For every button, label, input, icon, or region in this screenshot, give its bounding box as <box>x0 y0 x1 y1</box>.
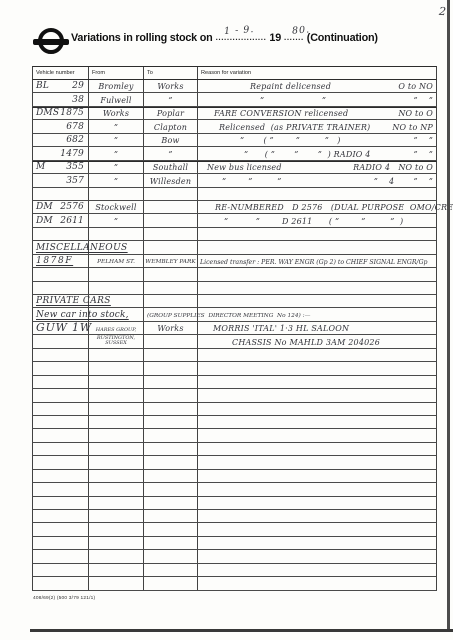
to-cell <box>144 362 198 374</box>
from-cell: ” <box>89 134 144 146</box>
table-row <box>32 510 437 523</box>
to-cell: Southall <box>144 162 198 173</box>
vehicle-number-cell <box>33 470 89 482</box>
reason-cell <box>198 483 436 495</box>
to-location: Clapton <box>154 124 187 132</box>
table-row: DMS 1875 Works Poplar FARE CONVERSION re… <box>32 107 437 120</box>
scan-edge-bottom <box>30 629 453 632</box>
to-location: Southall <box>153 164 188 172</box>
from-location: HARES GROUP, <box>96 328 136 334</box>
from-cell <box>89 456 144 468</box>
table-row <box>32 188 437 201</box>
reason-cell <box>198 537 436 549</box>
reason-cell <box>198 376 436 388</box>
london-transport-roundel-logo <box>33 28 69 55</box>
vehicle-prefix: BL <box>36 82 49 91</box>
to-cell: (GROUP SUPPLIES DIRECTOR MEETING No 124)… <box>144 308 198 320</box>
from-cell: PELHAM ST. <box>89 255 144 267</box>
vehicle-number-cell: DM 2576 <box>33 201 89 213</box>
to-cell <box>144 470 198 482</box>
reason-text: FARE CONVERSION relicensed <box>198 110 348 118</box>
vehicle-number-cell <box>33 483 89 495</box>
vehicle-number-cell: GUW 1W <box>33 322 89 334</box>
reason-cell <box>198 282 436 294</box>
to-cell: ” <box>144 93 198 105</box>
form-title: Variations in rolling stock on .........… <box>71 32 378 44</box>
from-location: Works <box>103 110 129 118</box>
vehicle-number-cell: MISCELLANEOUS <box>33 241 89 253</box>
vehicle-prefix: PRIVATE CARS <box>36 297 111 306</box>
reason-cell <box>198 349 436 361</box>
table-row <box>32 470 437 483</box>
licence-code-change: O to NO <box>398 83 433 91</box>
handwritten-page-number: 2 <box>439 5 447 18</box>
to-location: ” <box>168 151 172 159</box>
vehicle-number-cell: 38 <box>33 93 89 105</box>
table-row: New car into stock, (GROUP SUPPLIES DIRE… <box>32 308 437 321</box>
reason-cell: ” ( ” ” ” ) ” ” <box>198 134 436 146</box>
table-row <box>32 429 437 442</box>
column-header-from: From <box>89 67 144 79</box>
reason-cell <box>198 497 436 509</box>
licence-code-change: ” ” <box>413 137 433 145</box>
from-cell <box>89 403 144 415</box>
table-row: MISCELLANEOUS <box>32 241 437 254</box>
from-location: PELHAM ST. <box>97 260 135 266</box>
reason-cell <box>198 416 436 428</box>
reason-cell <box>198 308 436 320</box>
table-body: BL 29 Bromley Works Repaint delicensed O… <box>32 80 437 591</box>
reason-text: Licensed transfer : PER. WAY ENGR (Gp 2)… <box>198 260 428 266</box>
reason-text: RE-NUMBERED D 2576 (DUAL PURPOSE OMO/CRE… <box>198 204 453 212</box>
reason-text: New bus licensed <box>198 164 282 172</box>
from-cell <box>89 376 144 388</box>
scan-edge-right <box>447 0 450 632</box>
vehicle-prefix: 1878F <box>36 257 73 266</box>
vehicle-number-cell <box>33 429 89 441</box>
to-cell <box>144 510 198 522</box>
table-row: 682 ” Bow ” ( ” ” ” ) ” ” <box>32 134 437 147</box>
vehicle-number: 38 <box>72 96 84 105</box>
table-row: DM 2611 ” ” ” D 2611 ( ” ” ” ) <box>32 214 437 227</box>
reason-cell <box>198 429 436 441</box>
to-location: Works <box>157 325 183 333</box>
to-cell: Willesden <box>144 174 198 186</box>
from-cell: ” <box>89 120 144 132</box>
reason-cell: New bus licensed RADIO 4 NO to O <box>198 162 436 173</box>
vehicle-number-cell <box>33 403 89 415</box>
to-cell: Bow <box>144 134 198 146</box>
from-location: ” <box>114 178 118 186</box>
table-row: RUSTINGTON, SUSSEX CHASSIS No MAHLD 3AM … <box>32 335 437 348</box>
vehicle-number-cell: M 355 <box>33 162 89 173</box>
to-location: Bow <box>161 137 179 145</box>
vehicle-number: 1875 <box>60 109 84 118</box>
table-row <box>32 416 437 429</box>
from-location: ” <box>114 137 118 145</box>
vehicle-number-cell <box>33 564 89 576</box>
vehicle-number-cell: DM 2611 <box>33 214 89 226</box>
from-cell <box>89 510 144 522</box>
table-row <box>32 389 437 402</box>
reason-text: ” ( ” ” ” ) <box>198 137 341 145</box>
vehicle-number: 357 <box>66 177 84 186</box>
vehicle-number-cell <box>33 282 89 294</box>
to-cell <box>144 429 198 441</box>
from-cell: Works <box>89 108 144 119</box>
from-cell <box>89 483 144 495</box>
table-row: DM 2576 Stockwell RE-NUMBERED D 2576 (DU… <box>32 201 437 214</box>
vehicle-prefix: DM <box>36 217 53 226</box>
year-printed-prefix: 19 <box>269 32 281 44</box>
from-location: Stockwell <box>95 204 136 212</box>
vehicle-number-cell <box>33 456 89 468</box>
table-row: M 355 ” Southall New bus licensed RADIO … <box>32 161 437 174</box>
reason-cell: Licensed transfer : PER. WAY ENGR (Gp 2)… <box>198 255 436 267</box>
vehicle-number-cell <box>33 416 89 428</box>
vehicle-number: 355 <box>66 163 84 172</box>
from-location-line2: SUSSEX <box>105 341 127 347</box>
from-cell <box>89 282 144 294</box>
from-cell <box>89 497 144 509</box>
to-location: Poplar <box>157 110 184 118</box>
from-cell <box>89 523 144 535</box>
table-row <box>32 497 437 510</box>
reason-cell: ” ” ” ” <box>198 93 436 105</box>
vehicle-number-cell <box>33 550 89 562</box>
reason-cell: CHASSIS No MAHLD 3AM 204026 <box>198 335 436 347</box>
licence-code-change: RADIO 4 NO to O <box>353 164 433 172</box>
vehicle-number: 682 <box>66 136 84 145</box>
table-row <box>32 523 437 536</box>
table-row: GUW 1W HARES GROUP, Works MORRIS 'ITAL' … <box>32 322 437 335</box>
reason-cell <box>198 188 436 200</box>
reason-cell <box>198 228 436 240</box>
to-cell <box>144 241 198 253</box>
vehicle-number: 2576 <box>60 203 84 212</box>
reason-cell: ” ” D 2611 ( ” ” ” ) <box>198 214 436 226</box>
to-cell <box>144 201 198 213</box>
vehicle-number: 2611 <box>60 217 84 226</box>
from-location: ” <box>114 218 118 226</box>
from-cell <box>89 577 144 589</box>
roundel-bar-icon <box>33 39 69 45</box>
reason-cell <box>198 456 436 468</box>
licence-code-change: ” ” <box>413 97 433 105</box>
to-cell <box>144 550 198 562</box>
vehicle-number-cell <box>33 376 89 388</box>
vehicle-prefix: GUW 1W <box>36 322 92 333</box>
vehicle-number-cell <box>33 497 89 509</box>
to-cell <box>144 349 198 361</box>
to-location: Works <box>157 83 183 91</box>
title-text: Variations in rolling stock on <box>71 32 213 44</box>
vehicle-number-cell: DMS 1875 <box>33 108 89 119</box>
table-row <box>32 228 437 241</box>
from-cell <box>89 228 144 240</box>
vehicle-number-cell: 1878F <box>33 255 89 267</box>
vehicle-number: 1479 <box>60 150 84 159</box>
to-location: Willesden <box>150 178 191 186</box>
to-cell <box>144 497 198 509</box>
vehicle-number-cell <box>33 389 89 401</box>
vehicle-number-cell: 1479 <box>33 147 89 159</box>
vehicle-prefix: DM <box>36 203 53 212</box>
to-cell <box>144 403 198 415</box>
vehicle-prefix: DMS <box>36 109 59 118</box>
from-cell: Stockwell <box>89 201 144 213</box>
table-row <box>32 268 437 281</box>
reason-text: ” ” <box>198 97 326 105</box>
table-row <box>32 483 437 496</box>
table-row: 678 ” Clapton Relicensed (as PRIVATE TRA… <box>32 120 437 133</box>
to-cell <box>144 335 198 347</box>
from-location: ” <box>114 124 118 132</box>
to-cell <box>144 564 198 576</box>
reason-cell <box>198 550 436 562</box>
table-row: PRIVATE CARS <box>32 295 437 308</box>
reason-cell: Repaint delicensed O to NO <box>198 80 436 92</box>
reason-cell <box>198 443 436 455</box>
to-cell <box>144 214 198 226</box>
from-cell <box>89 537 144 549</box>
licence-code-change: ” 4 ” ” <box>374 178 433 186</box>
to-cell <box>144 577 198 589</box>
from-cell: RUSTINGTON, SUSSEX <box>89 335 144 347</box>
reason-cell <box>198 362 436 374</box>
to-cell <box>144 456 198 468</box>
column-header-to: To <box>144 67 198 79</box>
table-row <box>32 537 437 550</box>
table-row <box>32 362 437 375</box>
rolling-stock-table: Vehicle number From To Reason for variat… <box>32 66 437 591</box>
to-cell <box>144 416 198 428</box>
to-cell: Clapton <box>144 120 198 132</box>
to-cell <box>144 268 198 280</box>
reason-cell <box>198 295 436 307</box>
from-location: Bromley <box>98 83 133 91</box>
licence-code-change: NO to O <box>398 110 433 118</box>
to-cell <box>144 443 198 455</box>
to-cell: ” <box>144 147 198 159</box>
form-reference-number: 408/69(2) (500 3/79 121/1) <box>33 596 95 601</box>
reason-text: ” ” ” <box>198 178 282 186</box>
vehicle-number-cell: 682 <box>33 134 89 146</box>
vehicle-number-cell <box>33 228 89 240</box>
licence-code-change: NO to NP <box>392 124 433 132</box>
reason-cell: ” ( ” ” ” ) RADIO 4 ” ” <box>198 147 436 159</box>
vehicle-number-cell: 357 <box>33 174 89 186</box>
vehicle-number-cell <box>33 188 89 200</box>
to-cell <box>144 282 198 294</box>
table-row <box>32 550 437 563</box>
table-row <box>32 456 437 469</box>
continuation-label: (Continuation) <box>307 32 378 44</box>
vehicle-number-cell: 678 <box>33 120 89 132</box>
vehicle-number-cell <box>33 349 89 361</box>
from-cell <box>89 443 144 455</box>
reason-cell: FARE CONVERSION relicensed NO to O <box>198 108 436 119</box>
from-cell: Bromley <box>89 80 144 92</box>
vehicle-prefix: MISCELLANEOUS <box>36 244 128 253</box>
to-cell <box>144 228 198 240</box>
vehicle-number-cell <box>33 443 89 455</box>
from-cell: ” <box>89 147 144 159</box>
from-cell <box>89 416 144 428</box>
date-field: .................. 1 - 9. <box>216 32 267 44</box>
vehicle-number-cell: New car into stock, <box>33 308 89 320</box>
from-location: ” <box>114 164 118 172</box>
to-location: ” <box>168 97 172 105</box>
table-row: 1878F PELHAM ST. WEMBLEY PARK Licensed t… <box>32 255 437 268</box>
vehicle-prefix: M <box>36 163 45 172</box>
reason-cell <box>198 564 436 576</box>
vehicle-prefix: New car into stock, <box>36 311 129 320</box>
table-row <box>32 443 437 456</box>
reason-text: Relicensed (as PRIVATE TRAINER) <box>198 124 370 132</box>
table-row <box>32 349 437 362</box>
from-location: ” <box>114 151 118 159</box>
vehicle-number-cell <box>33 510 89 522</box>
from-cell: HARES GROUP, <box>89 322 144 334</box>
reason-text: MORRIS 'ITAL' 1·3 HL SALOON <box>198 325 349 333</box>
reason-cell <box>198 268 436 280</box>
vehicle-number-cell: PRIVATE CARS <box>33 295 89 307</box>
reason-text: CHASSIS No MAHLD 3AM 204026 <box>198 339 380 347</box>
vehicle-number-cell <box>33 268 89 280</box>
year-field: ....... 80. <box>284 32 304 44</box>
from-cell <box>89 564 144 576</box>
from-cell <box>89 429 144 441</box>
reason-cell <box>198 403 436 415</box>
table-row: 1479 ” ” ” ( ” ” ” ) RADIO 4 ” ” <box>32 147 437 160</box>
to-cell <box>144 376 198 388</box>
date-handwritten-value: 1 - 9. <box>223 24 254 37</box>
table-row <box>32 577 437 590</box>
to-cell: Works <box>144 80 198 92</box>
vehicle-number-cell: BL 29 <box>33 80 89 92</box>
to-location: WEMBLEY PARK <box>145 260 195 266</box>
column-header-reason: Reason for variation <box>198 67 436 79</box>
from-location: Fulwell <box>100 97 131 105</box>
reason-cell <box>198 389 436 401</box>
reason-text: ” ( ” ” ” ) RADIO 4 <box>198 151 371 159</box>
table-row <box>32 282 437 295</box>
vehicle-number-cell <box>33 335 89 347</box>
table-row <box>32 564 437 577</box>
reason-cell: RE-NUMBERED D 2576 (DUAL PURPOSE OMO/CRE… <box>198 201 453 213</box>
to-cell <box>144 389 198 401</box>
licence-code-change: ” ” <box>413 151 433 159</box>
from-cell <box>89 389 144 401</box>
from-cell <box>89 470 144 482</box>
from-cell <box>89 188 144 200</box>
from-cell <box>89 550 144 562</box>
to-cell <box>144 295 198 307</box>
reason-text: ” ” D 2611 ( ” ” ” ) <box>198 218 403 226</box>
table-row: BL 29 Bromley Works Repaint delicensed O… <box>32 80 437 93</box>
reason-cell <box>198 470 436 482</box>
column-header-vehicle-number: Vehicle number <box>33 67 89 79</box>
table-header-row: Vehicle number From To Reason for variat… <box>32 66 437 80</box>
table-row: 357 ” Willesden ” ” ” ” 4 ” ” <box>32 174 437 187</box>
table-row <box>32 403 437 416</box>
from-cell: ” <box>89 162 144 173</box>
year-handwritten-value: 80. <box>292 24 311 36</box>
to-cell: Poplar <box>144 108 198 119</box>
vehicle-number-cell <box>33 577 89 589</box>
reason-cell: MORRIS 'ITAL' 1·3 HL SALOON <box>198 322 436 334</box>
from-cell <box>89 362 144 374</box>
to-cell <box>144 523 198 535</box>
from-cell: ” <box>89 174 144 186</box>
reason-cell <box>198 241 436 253</box>
from-cell: Fulwell <box>89 93 144 105</box>
to-cell <box>144 188 198 200</box>
to-cell: Works <box>144 322 198 334</box>
table-row: 38 Fulwell ” ” ” ” ” <box>32 93 437 106</box>
vehicle-number: 678 <box>66 123 84 132</box>
reason-cell: ” ” ” ” 4 ” ” <box>198 174 436 186</box>
vehicle-number-cell <box>33 537 89 549</box>
scanned-form-page: Variations in rolling stock on .........… <box>0 0 453 640</box>
reason-cell: Relicensed (as PRIVATE TRAINER) NO to NP <box>198 120 436 132</box>
vehicle-number-cell <box>33 362 89 374</box>
reason-cell <box>198 523 436 535</box>
vehicle-number: 29 <box>72 82 84 91</box>
from-cell: ” <box>89 214 144 226</box>
reason-cell <box>198 510 436 522</box>
from-cell <box>89 268 144 280</box>
reason-cell <box>198 577 436 589</box>
from-cell <box>89 349 144 361</box>
to-cell <box>144 537 198 549</box>
table-row <box>32 376 437 389</box>
reason-text: Repaint delicensed <box>198 83 331 91</box>
vehicle-number-cell <box>33 523 89 535</box>
to-cell: WEMBLEY PARK <box>144 255 198 267</box>
to-cell <box>144 483 198 495</box>
